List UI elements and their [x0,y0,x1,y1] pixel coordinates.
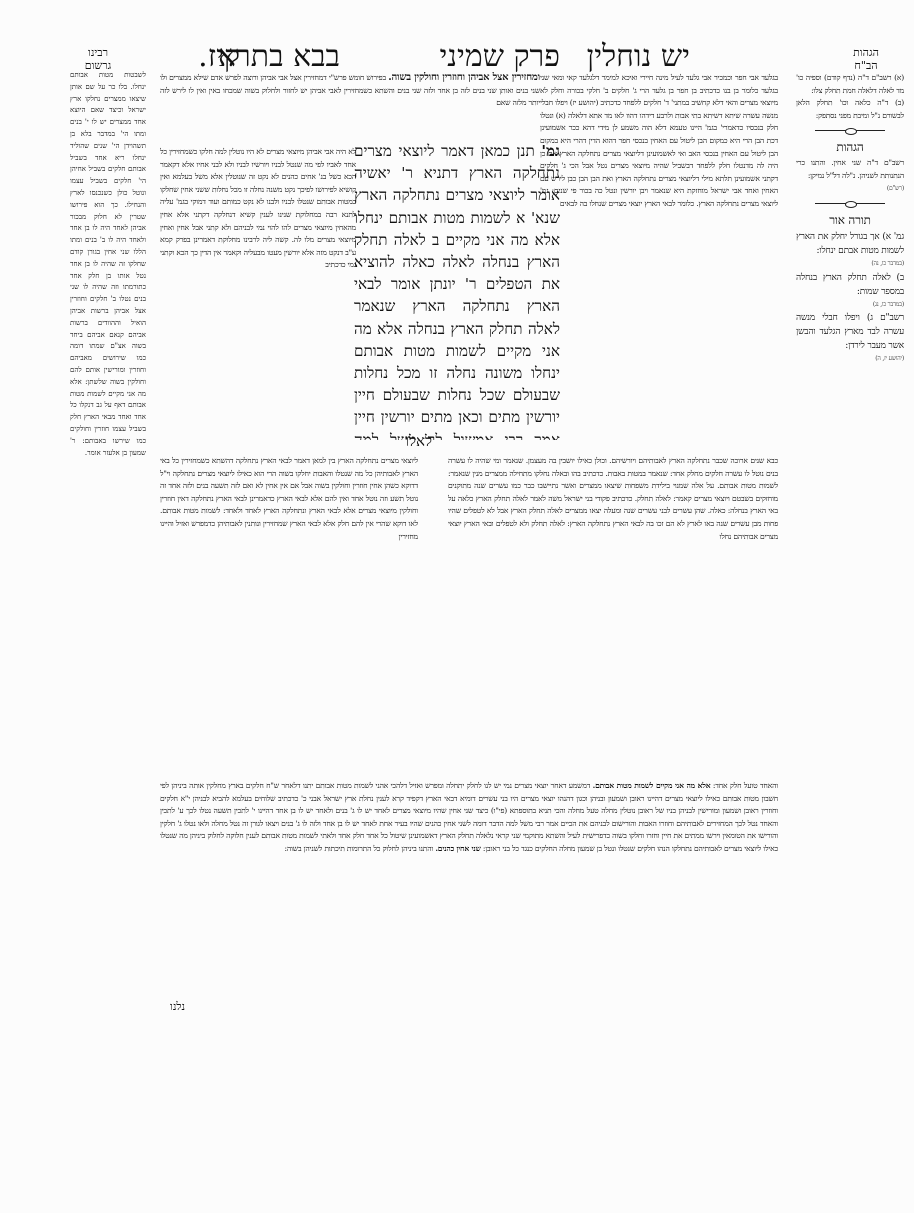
gemara-body: תנן כמאן דאמר ליוצאי מצרים נתחלקה הארץ ד… [354,142,560,440]
torah-or-title: תורה אור [796,212,904,228]
gemara-paragraph: גמ' תנן כמאן דאמר ליוצאי מצרים נתחלקה הא… [354,140,560,440]
talmud-page: יש נוחלין פרק שמיני בבא בתרא קיז. הגהות … [0,0,914,1213]
hagahot-habach-title: הגהות הב"ח [836,46,896,72]
perek-number: פרק שמיני [439,40,560,74]
rabbeinu-gershom-text: לשבטות מטות אבותם ינחלו. בלו כר על שם או… [70,70,146,459]
tosafot-mid-text: ליוצאי מצרים נתחלקה הארץ בין למאן דאמר ל… [160,455,418,543]
rashbam-text: בגלעד אבי חפר וכמכיר אבי גלעד לעיל מינה … [540,72,778,211]
bottom-paragraph: והאחד טועל חלק אחד: אלא מה אני מקיים לשמ… [160,780,778,856]
bottom-lead: והאחד טועל חלק אחד: [713,781,778,790]
torah-or-verse-3: רשב"ם ג) ויפלו חבלי מנשה עשרה לבד מארץ ה… [796,311,904,353]
rabbeinu-gershom-commentary: לשבטות מטות אבותם ינחלו. בלו כר על שם או… [70,70,146,860]
tosafot-dibur-hamatchil: ומחזירין אצל אביהן וחוזרין וחולקין בשוה. [388,72,540,83]
page-header: יש נוחלין פרק שמיני בבא בתרא קיז. [60,40,860,76]
bottom-dibur-hamatchil-2: שני אחין כהנים. [435,844,480,853]
daf-number: קיז. [198,40,240,74]
hagahot-title: הגהות [796,139,904,155]
gemara-catchword: לאלו [372,430,432,452]
tosafot-side-text: לא היה אבי אביהן מיוצאי מצרים לא היו נוט… [160,146,356,272]
hagahot-note: רשב"ם ד"ה שני אחין. והתנו כרי הנתנותת לש… [796,157,904,182]
rashbam-mid-text: כבא שנים ארוכה שכבר נתחלקה הארץ לאבותיהם… [448,455,778,543]
gemara-text: גמ' תנן כמאן דאמר ליוצאי מצרים נתחלקה הא… [354,140,560,440]
hagahot-habach-note-2: (ב) ד"ה כלאה וכו' תחלק הלאן לבשורם נ"ל ו… [796,97,904,122]
torah-or-ref-2: (במדבר כו, נג) [796,299,904,312]
tosafot-commentary-mid: ליוצאי מצרים נתחלקה הארץ בין למאן דאמר ל… [160,455,418,780]
rashbam-commentary-mid: כבא שנים ארוכה שכבר נתחלקה הארץ לאבותיהם… [448,455,778,785]
page-catchword: נלנו [170,1000,185,1013]
hagahot-ref: (רש"ם) [796,183,904,196]
bottom-text: דמשמע דאחר יוצאי מצרים נמי יש לנו לחלק י… [160,781,778,853]
torah-or-ref-3: (יהושע יז, ה) [796,353,904,366]
gemara-opening: גמ' [541,142,560,160]
bottom-text-2: והתנו ביניהן לחלוק כל התרומות תיכתות לשנ… [285,844,434,853]
tosafot-commentary-top: ומחזירין אצל אביהן וחוזרין וחולקין בשוה.… [160,72,540,146]
hagahot-habach-note-1: (א) רשב"ם ד"ה (נדף קודם) וספיה כו' מד לא… [796,72,904,97]
right-margin-notes: (א) רשב"ם ד"ה (נדף קודם) וספיה כו' מד לא… [796,72,904,366]
tosafot-commentary-side: לא היה אבי אביהן מיוצאי מצרים לא היו נוט… [160,146,356,451]
rashbam-commentary-bottom: והאחד טועל חלק אחד: אלא מה אני מקיים לשמ… [160,780,778,1005]
torah-or-ref-1: (במדבר כו, נה) [796,258,904,271]
tosafot-top-paragraph: ומחזירין אצל אביהן וחוזרין וחולקין בשוה.… [160,72,540,110]
bottom-dibur-hamatchil: אלא מה אני מקיים לשמות מטות אבותם. [593,781,711,790]
rabbeinu-gershom-title: רבינו גרשום [68,46,128,72]
ornament-divider [815,130,885,131]
torah-or-verse-1: גמ' א) אך בגורל יחלק את הארץ לשמות מטות … [796,230,904,258]
ornament-divider [815,203,885,204]
torah-or-verse-2: ב) לאלה תחלק הארץ בנחלה במספר שמות: [796,271,904,299]
rashbam-commentary: בגלעד אבי חפר וכמכיר אבי גלעד לעיל מינה … [540,72,778,460]
chapter-name: יש נוחלין [587,40,690,74]
